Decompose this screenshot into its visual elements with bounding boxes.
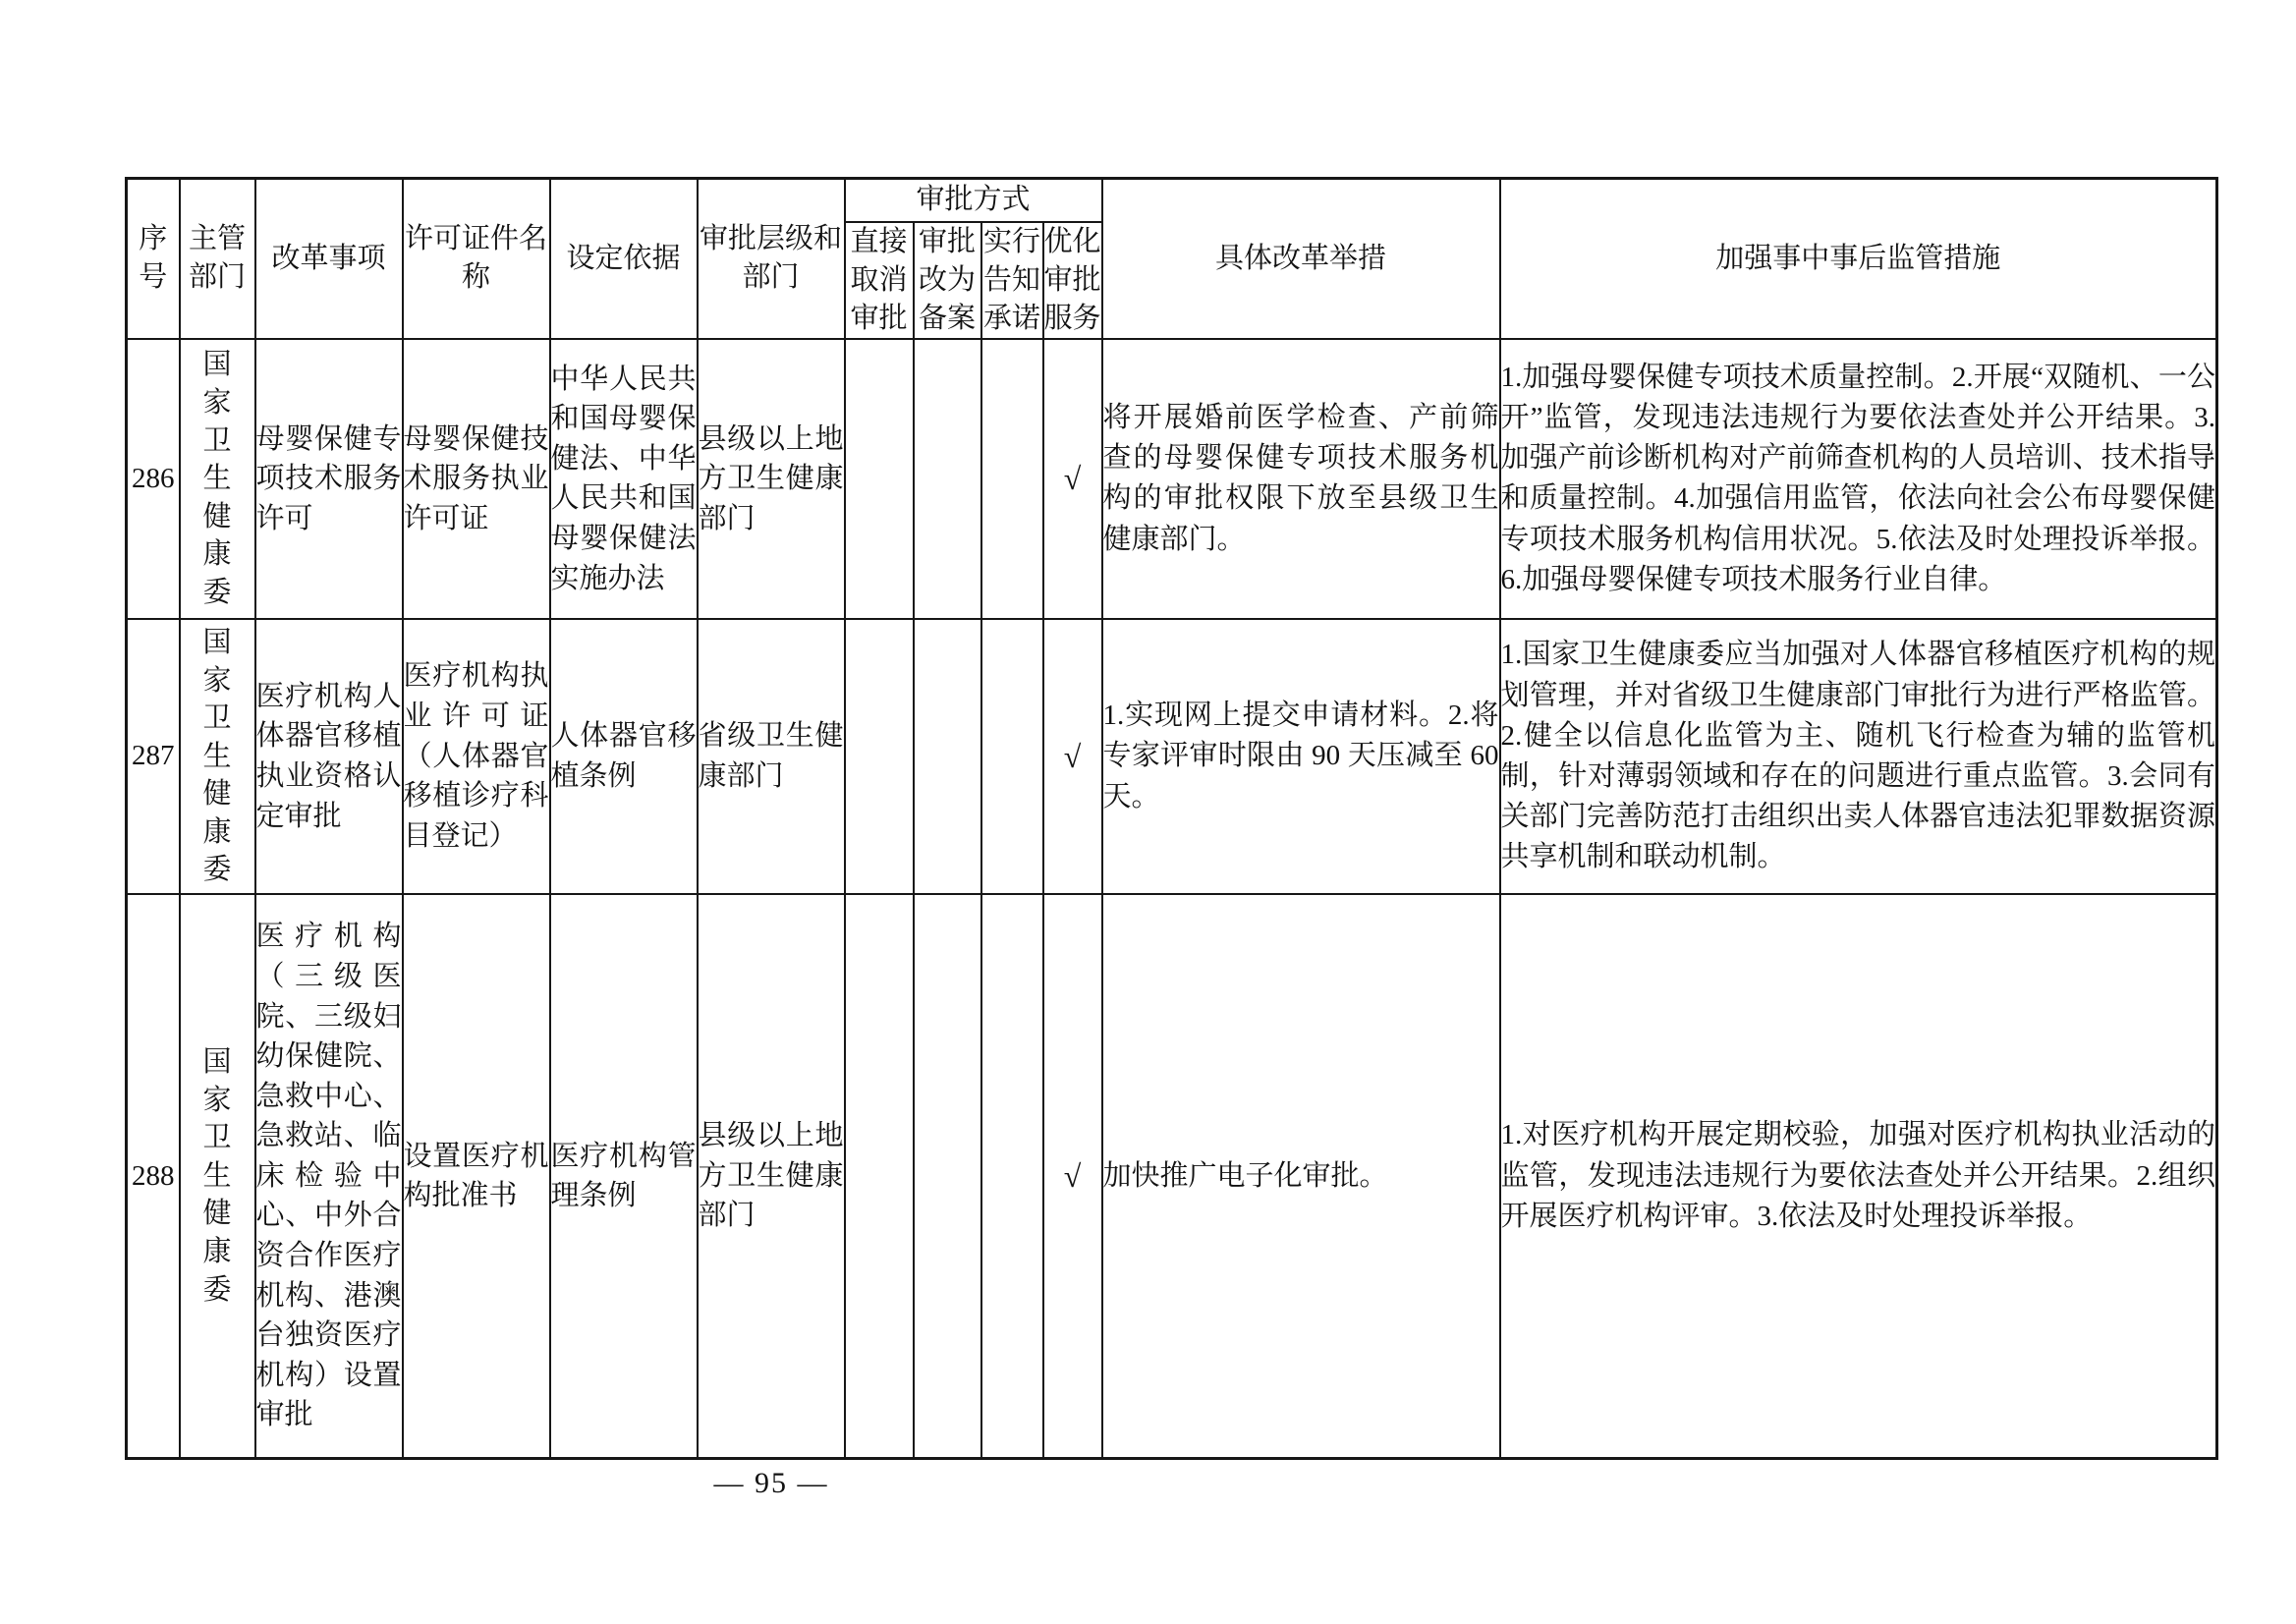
- dept-vertical-text: 国家卫生健康委: [203, 1043, 232, 1309]
- table-row-288: 288 国家卫生健康委 医疗机构（三级医院、三级妇幼保健院、急救中心、急救站、临…: [127, 894, 2217, 1459]
- cell-license-name: 医疗机构执业许可证（人体器官移植诊疗科目登记）: [403, 619, 550, 894]
- cell-notification-commitment: [981, 339, 1043, 619]
- cell-basis: 医疗机构管理条例: [550, 894, 698, 1459]
- cell-approval-to-filing: [914, 339, 981, 619]
- table-header-row-1: 序号 主管部门 改革事项 许可证件名称 设定依据 审批层级和部门 审批方式 具体…: [127, 179, 2217, 222]
- header-seq: 序号: [127, 179, 180, 339]
- header-dept: 主管部门: [180, 179, 255, 339]
- cell-level-dept: 省级卫生健康部门: [698, 619, 845, 894]
- cell-seq: 287: [127, 619, 180, 894]
- cell-level-dept: 县级以上地方卫生健康部门: [698, 339, 845, 619]
- cell-supervision: 1.加强母婴保健专项技术质量控制。2.开展“双随机、一公开”监管，发现违法违规行…: [1500, 339, 2217, 619]
- cell-basis: 人体器官移植条例: [550, 619, 698, 894]
- cell-optimize-service-checkmark: √: [1043, 339, 1102, 619]
- dept-vertical-text: 国家卫生健康委: [203, 346, 232, 611]
- cell-notification-commitment: [981, 619, 1043, 894]
- cell-seq: 288: [127, 894, 180, 1459]
- cell-dept: 国家卫生健康委: [180, 894, 255, 1459]
- header-notification-commitment: 实行告知承诺: [981, 222, 1043, 339]
- cell-approval-to-filing: [914, 619, 981, 894]
- header-optimize-service: 优化审批服务: [1043, 222, 1102, 339]
- cell-reform-item: 母婴保健专项技术服务许可: [255, 339, 403, 619]
- header-approval-to-filing: 审批改为备案: [914, 222, 981, 339]
- cell-optimize-service-checkmark: √: [1043, 894, 1102, 1459]
- cell-reform-item: 医疗机构人体器官移植执业资格认定审批: [255, 619, 403, 894]
- cell-supervision: 1.对医疗机构开展定期校验，加强对医疗机构执业活动的监管，发现违法违规行为要依法…: [1500, 894, 2217, 1459]
- cell-supervision: 1.国家卫生健康委应当加强对人体器官移植医疗机构的规划管理，并对省级卫生健康部门…: [1500, 619, 2217, 894]
- cell-license-name: 母婴保健技术服务执业许可证: [403, 339, 550, 619]
- header-basis: 设定依据: [550, 179, 698, 339]
- header-level-dept: 审批层级和部门: [698, 179, 845, 339]
- cell-license-name: 设置医疗机构批准书: [403, 894, 550, 1459]
- cell-seq: 286: [127, 339, 180, 619]
- cell-cancel-approval: [845, 619, 914, 894]
- cell-dept: 国家卫生健康委: [180, 619, 255, 894]
- header-reform-item: 改革事项: [255, 179, 403, 339]
- cell-cancel-approval: [845, 339, 914, 619]
- header-license-name: 许可证件名称: [403, 179, 550, 339]
- cell-optimize-service-checkmark: √: [1043, 619, 1102, 894]
- table-row-287: 287 国家卫生健康委 医疗机构人体器官移植执业资格认定审批 医疗机构执业许可证…: [127, 619, 2217, 894]
- header-cancel-approval: 直接取消审批: [845, 222, 914, 339]
- header-approval-method: 审批方式: [845, 179, 1102, 222]
- approval-items-table: 序号 主管部门 改革事项 许可证件名称 设定依据 审批层级和部门 审批方式 具体…: [125, 177, 2218, 1460]
- table-row-286: 286 国家卫生健康委 母婴保健专项技术服务许可 母婴保健技术服务执业许可证 中…: [127, 339, 2217, 619]
- cell-level-dept: 县级以上地方卫生健康部门: [698, 894, 845, 1459]
- cell-measures: 加快推广电子化审批。: [1102, 894, 1500, 1459]
- cell-notification-commitment: [981, 894, 1043, 1459]
- cell-cancel-approval: [845, 894, 914, 1459]
- page-number: — 95 —: [648, 1467, 894, 1500]
- document-page: 序号 主管部门 改革事项 许可证件名称 设定依据 审批层级和部门 审批方式 具体…: [0, 0, 2296, 1624]
- cell-approval-to-filing: [914, 894, 981, 1459]
- cell-measures: 将开展婚前医学检查、产前筛查的母婴保健专项技术服务机构的审批权限下放至县级卫生健…: [1102, 339, 1500, 619]
- cell-reform-item: 医疗机构（三级医院、三级妇幼保健院、急救中心、急救站、临床检验中心、中外合资合作…: [255, 894, 403, 1459]
- header-measures: 具体改革举措: [1102, 179, 1500, 339]
- header-supervision: 加强事中事后监管措施: [1500, 179, 2217, 339]
- cell-basis: 中华人民共和国母婴保健法、中华人民共和国母婴保健法实施办法: [550, 339, 698, 619]
- cell-measures: 1.实现网上提交申请材料。2.将专家评审时限由 90 天压减至 60 天。: [1102, 619, 1500, 894]
- dept-vertical-text: 国家卫生健康委: [203, 624, 232, 889]
- cell-dept: 国家卫生健康委: [180, 339, 255, 619]
